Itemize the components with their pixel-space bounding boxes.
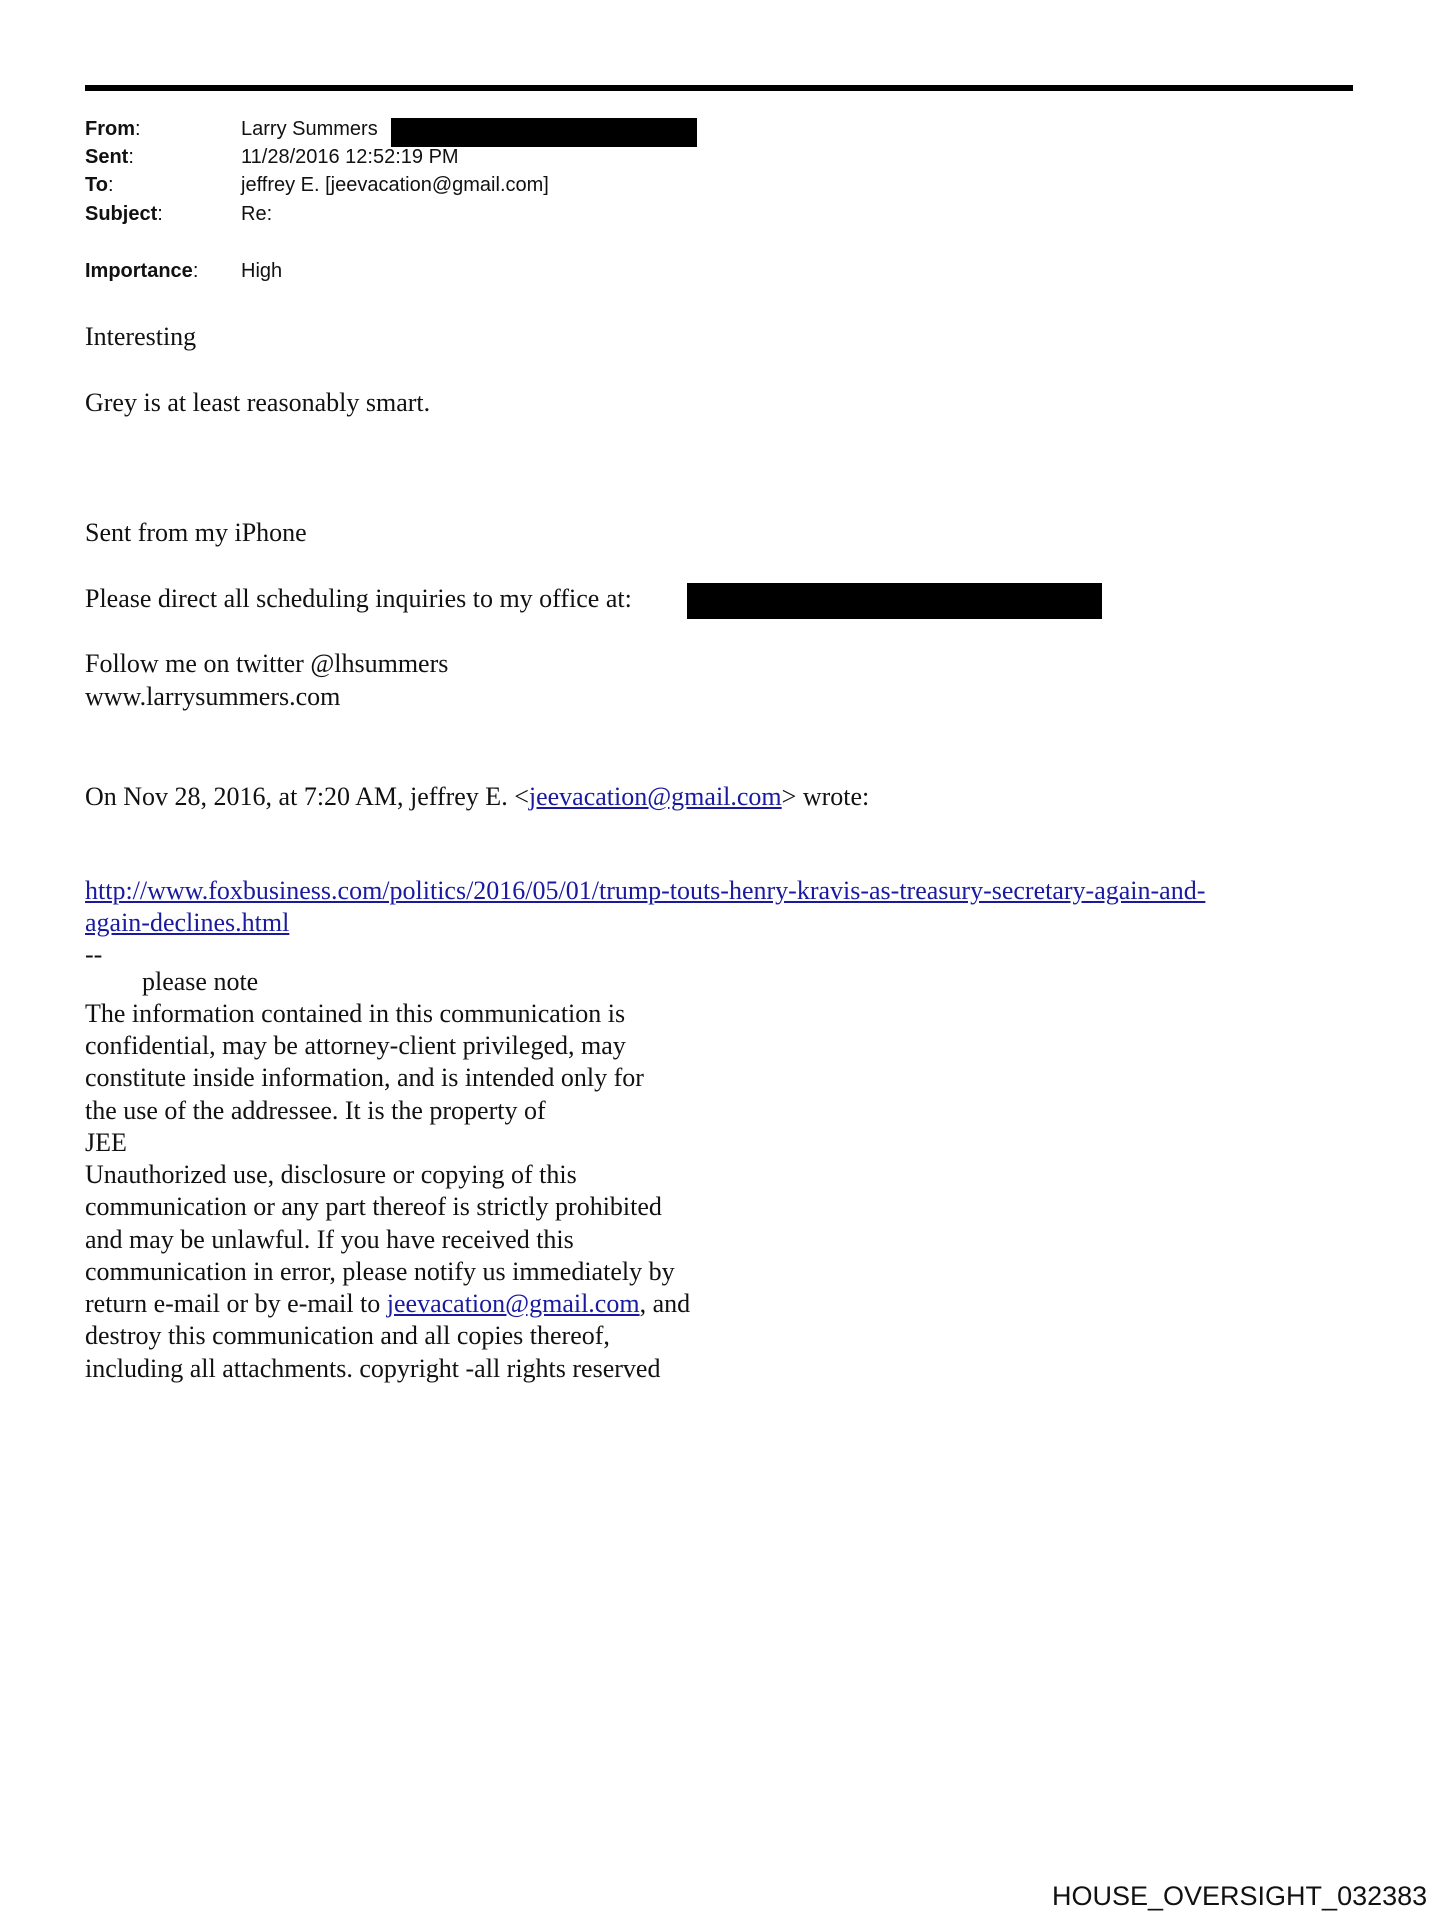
subject-value: Re: [241,203,272,225]
disclaimer-line: constitute inside information, and is in… [85,1063,644,1093]
sent-label: Sent: [85,146,134,168]
article-url-line-1: http://www.foxbusiness.com/politics/2016… [85,876,1205,906]
disclaimer-line: including all attachments. copyright -al… [85,1354,660,1384]
header-rule [85,85,1353,91]
article-url-link[interactable]: again-declines.html [85,908,289,937]
disclaimer-line: and may be unlawful. If you have receive… [85,1225,574,1255]
subject-label: Subject: [85,203,163,225]
bates-number: HOUSE_OVERSIGHT_032383 [1052,1881,1427,1911]
scheduling-line: Please direct all scheduling inquiries t… [85,584,632,614]
disclaimer-line: destroy this communication and all copie… [85,1321,610,1351]
disclaimer-return-line: return e-mail or by e-mail to jeevacatio… [85,1289,690,1319]
disclaimer-email-link[interactable]: jeevacation@gmail.com [387,1289,640,1318]
disclaimer-line: JEE [85,1128,127,1158]
from-label: From: [85,118,141,140]
importance-value: High [241,260,282,282]
redaction-from-email [391,118,697,147]
redaction-office-contact [687,583,1102,619]
twitter-line: Follow me on twitter @lhsummers [85,649,448,679]
reply-line: Grey is at least reasonably smart. [85,388,430,418]
reply-line: Interesting [85,322,196,352]
disclaimer-line: the use of the addressee. It is the prop… [85,1096,546,1126]
importance-label: Importance: [85,260,198,282]
quoted-intro: On Nov 28, 2016, at 7:20 AM, jeffrey E. … [85,782,869,812]
to-label: To: [85,174,114,196]
disclaimer-line: The information contained in this commun… [85,999,625,1029]
sent-from-iphone: Sent from my iPhone [85,518,307,548]
disclaimer-line: communication or any part thereof is str… [85,1192,662,1222]
from-value: Larry Summers [241,118,378,140]
disclaimer-line: communication in error, please notify us… [85,1257,675,1287]
quoted-email-link[interactable]: jeevacation@gmail.com [529,782,782,811]
to-value: jeffrey E. [jeevacation@gmail.com] [241,174,549,196]
disclaimer-line: Unauthorized use, disclosure or copying … [85,1160,577,1190]
website-line: www.larrysummers.com [85,682,340,712]
article-url-link[interactable]: http://www.foxbusiness.com/politics/2016… [85,876,1205,905]
signature-separator: -- [85,940,102,970]
disclaimer-line: confidential, may be attorney-client pri… [85,1031,626,1061]
article-url-line-2: again-declines.html [85,908,289,938]
sent-value: 11/28/2016 12:52:19 PM [241,146,459,168]
please-note: please note [142,967,258,997]
